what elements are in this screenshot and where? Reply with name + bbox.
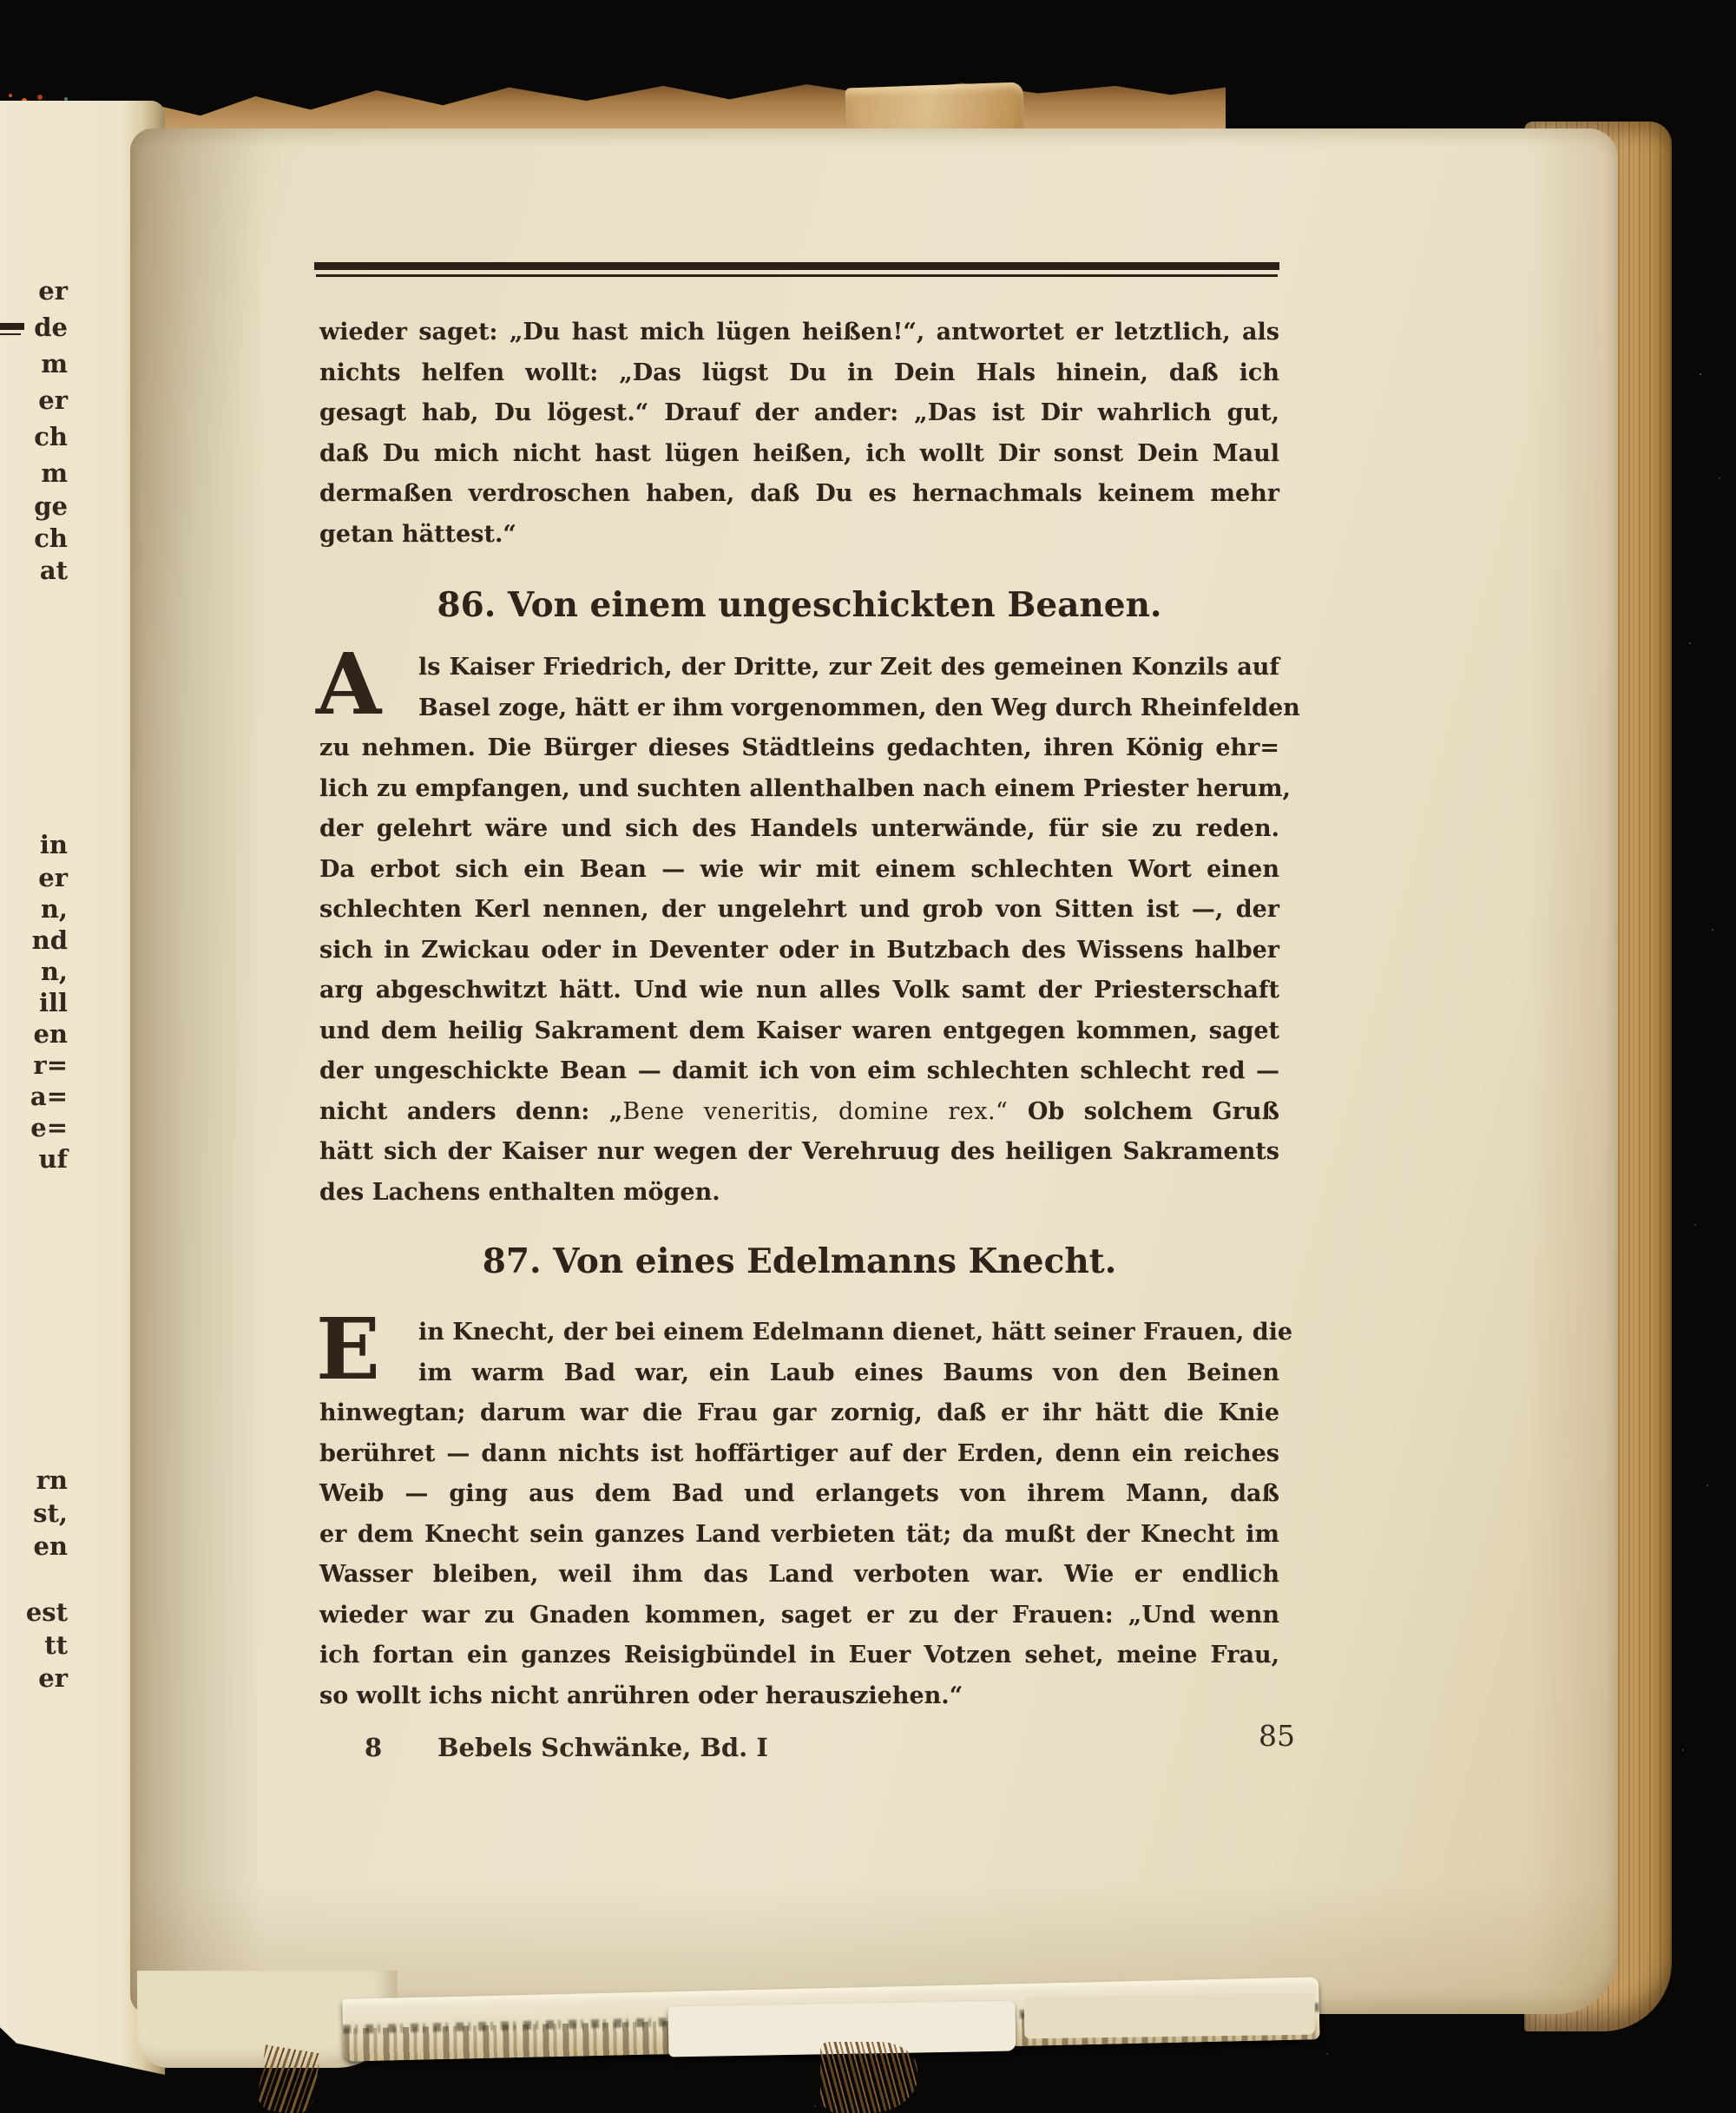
- text-line: hinwegtan; darum war die Frau gar zornig…: [319, 1393, 1279, 1434]
- left-page-text-fragment: ch: [0, 523, 68, 553]
- heading-title: Von eines Edelmanns Knecht.: [553, 1241, 1116, 1281]
- left-page-text-fragment: er: [0, 1663, 68, 1693]
- left-page-text-fragment: er: [0, 863, 68, 892]
- left-page-text-fragment: nd: [0, 925, 68, 955]
- text-line: Wasser bleiben, weil ihm das Land verbot…: [319, 1555, 1279, 1596]
- text-line: dermaßen verdroschen haben, daß Du es he…: [319, 474, 1279, 515]
- left-page-text-fragment: n,: [0, 894, 68, 924]
- heading-title: Von einem ungeschickten Beanen.: [508, 585, 1162, 625]
- left-page-text-fragment: ill: [0, 988, 68, 1017]
- text-line: daß Du mich nicht hast lügen heißen, ich…: [319, 434, 1279, 475]
- marbled-edge-specks: [9, 94, 12, 97]
- text-line: im warm Bad war, ein Laub eines Baums vo…: [319, 1353, 1279, 1394]
- left-page-text-fragment: ch: [0, 422, 68, 451]
- text-line: so wollt ichs nicht anrühren oder heraus…: [319, 1676, 1279, 1717]
- text-line: er dem Knecht sein ganzes Land verbieten…: [319, 1515, 1279, 1556]
- running-footer-series-title: Bebels Schwänke, Bd. I: [437, 1733, 768, 1762]
- text-line: Weib — ging aus dem Bad und erlangets vo…: [319, 1474, 1279, 1515]
- text-line: Da erbot sich ein Bean — wie wir mit ein…: [319, 850, 1279, 891]
- left-page-text-fragment: en: [0, 1531, 68, 1561]
- left-page-text-fragment: m: [0, 349, 68, 378]
- text-line: getan hättest.“: [319, 515, 1279, 556]
- heading-number: 87.: [483, 1241, 542, 1281]
- left-page-text-fragment: a=: [0, 1082, 68, 1111]
- frayed-fiber-patch: [820, 2042, 917, 2113]
- left-page-text-fragment: ge: [0, 491, 68, 521]
- drop-cap-E: E: [316, 1307, 380, 1392]
- section-heading-86: 86. Von einem ungeschickten Beanen.: [319, 585, 1279, 625]
- drop-cap-A: A: [316, 642, 381, 727]
- text-line: arg abgeschwitzt hätt. Und wie nun alles…: [319, 971, 1279, 1011]
- text-line: und dem heilig Sakrament dem Kaiser ware…: [319, 1011, 1279, 1052]
- left-page-text-fragment: tt: [0, 1630, 68, 1660]
- torn-paper-piece: [1024, 1993, 1316, 2039]
- text-line: wieder war zu Gnaden kommen, saget er zu…: [319, 1596, 1279, 1636]
- line-segment: nicht anders denn: „: [319, 1098, 622, 1125]
- paragraph-85-continuation: wieder saget: „Du hast mich lügen heißen…: [319, 313, 1279, 555]
- dust-specks: [1700, 373, 1701, 375]
- left-page-text-fragment: at: [0, 556, 68, 585]
- heading-number: 86.: [437, 585, 496, 625]
- page-number: 85: [1215, 1719, 1295, 1753]
- text-line: berühret — dann nichts ist hoffärtiger a…: [319, 1434, 1279, 1475]
- text-line: zu nehmen. Die Bürger dieses Städtleins …: [319, 728, 1279, 769]
- left-page-text-fragment: e=: [0, 1113, 68, 1142]
- left-page-text-fragment: m: [0, 458, 68, 488]
- left-page-text-fragment: uf: [0, 1144, 68, 1174]
- photographed-book-scene: er de m er ch m ge ch at in er n, nd n, …: [0, 0, 1736, 2113]
- left-page-text-fragment: st,: [0, 1498, 68, 1528]
- text-line: wieder saget: „Du hast mich lügen heißen…: [319, 313, 1279, 353]
- text-line: sich in Zwickau oder in Deventer oder in…: [319, 931, 1279, 971]
- story-87-paragraph: E in Knecht, der bei einem Edelmann dien…: [319, 1313, 1279, 1716]
- head-double-rule: [314, 262, 1279, 270]
- left-page-text-fragment: est: [0, 1597, 68, 1627]
- story-86-paragraph: A ls Kaiser Friedrich, der Dritte, zur Z…: [319, 648, 1279, 1213]
- left-page-text-fragment: rn: [0, 1465, 68, 1495]
- text-line: schlechten Kerl nennen, der ungelehrt un…: [319, 890, 1279, 931]
- text-line: der ungeschickte Bean — damit ich von ei…: [319, 1051, 1279, 1092]
- text-line: Basel zoge, hätt er ihm vorgenommen, den…: [319, 688, 1279, 729]
- text-line: lich zu empfangen, und suchten allenthal…: [319, 769, 1279, 810]
- text-line: hätt sich der Kaiser nur wegen der Vereh…: [319, 1132, 1279, 1173]
- left-page-text-fragment: r=: [0, 1050, 68, 1080]
- left-page-text-fragment: in: [0, 830, 68, 859]
- line-segment: Ob solchem Gruß: [1008, 1098, 1279, 1125]
- text-line: nichts helfen wollt: „Das lügst Du in De…: [319, 353, 1279, 394]
- text-line: gesagt hab, Du lögest.“ Drauf der ander:…: [319, 393, 1279, 434]
- left-page-text-fragment: n,: [0, 957, 68, 986]
- left-page-text-fragment: de: [0, 313, 68, 342]
- text-line-with-latin-quote: nicht anders denn: „Bene veneritis, domi…: [319, 1092, 1279, 1133]
- left-page-text-fragment: er: [0, 276, 68, 306]
- text-line: ls Kaiser Friedrich, der Dritte, zur Zei…: [319, 648, 1279, 688]
- section-heading-87: 87. Von eines Edelmanns Knecht.: [319, 1241, 1279, 1281]
- text-line: des Lachens enthalten mögen.: [319, 1173, 1279, 1214]
- text-line: ich fortan ein ganzes Reisigbündel in Eu…: [319, 1636, 1279, 1676]
- latin-quote: Bene veneritis, domine rex.“: [622, 1098, 1008, 1125]
- left-page-text-fragment: en: [0, 1019, 68, 1049]
- text-line: der gelehrt wäre und sich des Handels un…: [319, 809, 1279, 850]
- left-page-text-fragment: er: [0, 385, 68, 415]
- signature-number: 8: [365, 1733, 382, 1762]
- text-line: in Knecht, der bei einem Edelmann dienet…: [319, 1313, 1279, 1353]
- binding-thread-tassel: [256, 2044, 321, 2113]
